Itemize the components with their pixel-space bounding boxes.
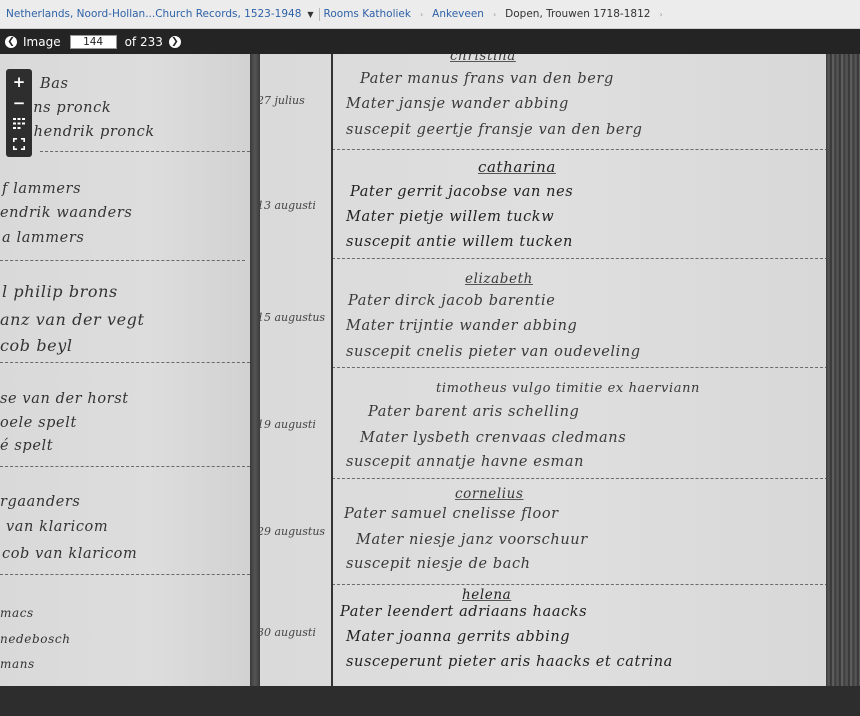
entry-sponsor: suscepit annatje havne esman	[346, 454, 584, 470]
zoom-in-button[interactable]: +	[8, 72, 30, 92]
entry-sponsor: suscepit niesje de bach	[346, 556, 531, 572]
entry-date: 19 augusti	[257, 418, 316, 431]
entry-child-name: catharina	[478, 158, 556, 176]
image-total: of 233	[125, 35, 163, 49]
grid-view-button[interactable]	[8, 113, 30, 133]
breadcrumb: Netherlands, Noord-Hollan...Church Recor…	[0, 0, 860, 29]
minus-icon: −	[13, 94, 26, 112]
breadcrumb-current-volume: Dopen, Trouwen 1718-1812	[505, 8, 650, 20]
handwriting-line: anz van der vegt	[0, 310, 145, 329]
handwriting-line: cob beyl	[0, 336, 73, 355]
chevron-right-icon: ›	[493, 10, 496, 19]
entry-child-name: cornelius	[455, 486, 523, 502]
entry-mother: Mater niesje janz voorschuur	[356, 532, 588, 548]
entry-father: Pater samuel cnelisse floor	[344, 506, 559, 522]
handwriting-line: mans	[0, 657, 35, 671]
entry-date: 15 augustus	[257, 311, 325, 324]
chevron-right-icon[interactable]: ›	[659, 10, 662, 19]
entry-date: 30 augusti	[257, 626, 316, 639]
entry-child-name: christina	[450, 54, 516, 64]
entry-father: Pater barent aris schelling	[368, 404, 579, 420]
left-page: Bas ans pronck t hendrik pronck f lammer…	[0, 54, 250, 686]
right-page: 27 julius christina Pater manus frans va…	[260, 54, 828, 686]
caret-down-icon[interactable]: ▼	[307, 10, 313, 19]
entry-date: 13 augusti	[257, 199, 316, 212]
entry-father: Pater manus frans van den berg	[360, 71, 614, 87]
chevron-right-icon: ›	[420, 10, 423, 19]
entry-child-name: timotheus vulgo timitie ex haerviann	[436, 381, 700, 396]
breadcrumb-ankeveen-link[interactable]: Ankeveen	[432, 8, 484, 20]
handwriting-line: oele spelt	[0, 415, 77, 431]
zoom-out-button[interactable]: −	[8, 93, 30, 113]
handwriting-line: l philip brons	[2, 282, 118, 301]
next-image-icon[interactable]: ❯	[169, 36, 181, 48]
entry-mother: Mater pietje willem tuckw	[346, 209, 554, 225]
handwriting-line: cob van klaricom	[2, 546, 137, 562]
handwriting-line: a lammers	[2, 230, 84, 246]
handwriting-line: rgaanders	[0, 494, 80, 510]
entry-sponsor: suscepit geertje fransje van den berg	[346, 122, 642, 138]
handwriting-line: f lammers	[2, 181, 81, 197]
entry-mother: Mater lysbeth crenvaas cledmans	[360, 430, 626, 446]
column-rule	[331, 54, 333, 690]
image-viewer[interactable]: Bas ans pronck t hendrik pronck f lammer…	[0, 54, 860, 716]
entry-father: Pater gerrit jacobse van nes	[350, 184, 573, 200]
handwriting-line: se van der horst	[0, 391, 129, 407]
book-gutter	[250, 54, 260, 716]
entry-child-name: elizabeth	[465, 271, 533, 287]
entry-sponsor: suscepit cnelis pieter van oudeveling	[346, 344, 641, 360]
image-label: Image	[23, 35, 61, 49]
fullscreen-icon	[13, 138, 25, 150]
entry-mother: Mater joanna gerrits abbing	[346, 629, 570, 645]
handwriting-line: é spelt	[0, 438, 53, 454]
handwriting-line: van klaricom	[6, 519, 108, 535]
entry-date: 29 augustus	[257, 525, 325, 538]
image-number-input[interactable]	[70, 35, 117, 49]
page-bottom-shadow	[0, 686, 860, 716]
entry-date: 27 julius	[257, 94, 305, 107]
entry-sponsor: susceperunt pieter aris haacks et catrin…	[346, 654, 673, 670]
handwriting-line: macs	[0, 606, 34, 620]
breadcrumb-collection-link[interactable]: Netherlands, Noord-Hollan...Church Recor…	[6, 8, 301, 20]
plus-icon: +	[13, 73, 26, 91]
grid-view-icon	[13, 118, 25, 129]
zoom-controls: + −	[6, 69, 32, 157]
handwriting-line: t hendrik pronck	[22, 124, 155, 140]
handwriting-line: Bas	[40, 76, 69, 92]
page-edges	[826, 54, 860, 716]
divider	[319, 8, 320, 21]
breadcrumb-rooms-katholiek-link[interactable]: Rooms Katholiek	[324, 8, 411, 20]
handwriting-line: nedebosch	[0, 632, 71, 646]
entry-sponsor: suscepit antie willem tucken	[346, 234, 573, 250]
entry-mother: Mater jansje wander abbing	[346, 96, 569, 112]
previous-image-icon[interactable]: ❮	[5, 36, 17, 48]
image-navigation-bar: ❮ Image of 233 ❯	[0, 29, 860, 54]
entry-child-name: helena	[462, 587, 511, 603]
entry-father: Pater dirck jacob barentie	[348, 293, 555, 309]
entry-father: Pater leendert adriaans haacks	[340, 604, 587, 620]
entry-mother: Mater trijntie wander abbing	[346, 318, 577, 334]
fullscreen-button[interactable]	[8, 134, 30, 154]
handwriting-line: ans pronck	[24, 100, 111, 116]
handwriting-line: endrik waanders	[0, 205, 132, 221]
